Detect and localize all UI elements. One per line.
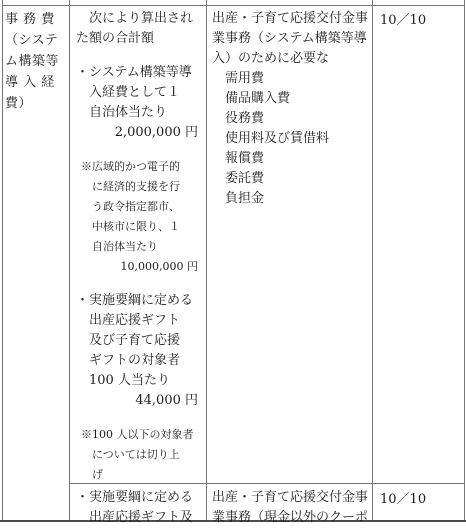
- text-line: ム構築等: [5, 51, 69, 72]
- cell-expense-item-name: 事 務 費（システム構築等導 入 経費）: [3, 6, 71, 525]
- text-line: 入）のために必要な: [212, 49, 367, 69]
- cell-calculation-method-row1: 次により算出された額の合計額・システム構築等導 入経費として１ 自治体当たり2,…: [70, 6, 206, 487]
- text-line: 10,000,000 円: [76, 257, 200, 277]
- text-line: 使用料及び賃借料: [212, 129, 367, 149]
- text-line: 出産・子育て応援交付金事: [212, 488, 367, 508]
- text-line: （システ: [5, 30, 69, 51]
- text-line: ※100 人以下の対象者: [81, 425, 200, 445]
- text-line: 及び子育て応援: [76, 331, 200, 351]
- text-line: 事 務 費: [5, 9, 69, 30]
- text-line: ・実施要綱に定める: [76, 291, 200, 311]
- text-line: 業事務（現金以外のクーポ: [212, 508, 367, 525]
- text-line: 入経費として１: [76, 83, 200, 103]
- cell-subsidy-rate-row1: 10／10: [373, 6, 466, 487]
- document-page: 事 務 費（システム構築等導 入 経費） 次により算出された額の合計額・システム…: [0, 0, 466, 529]
- text-line: げ: [81, 465, 200, 485]
- text-line: 備品購入費: [212, 89, 367, 109]
- text-line: ・システム構築等導: [76, 63, 200, 83]
- text-line: 報償費: [212, 149, 367, 169]
- subsidy-rate-value: 10／10: [380, 492, 426, 507]
- cell-eligible-expenses-row2: 出産・子育て応援交付金事業事務（現金以外のクーポ: [207, 485, 372, 525]
- cell-eligible-expenses-row1: 出産・子育て応援交付金事業事務（システム構築等導入）のために必要な 需用費 備品…: [207, 6, 372, 487]
- line-spacer: [76, 277, 200, 291]
- text-line: 出産応援ギフト及: [76, 508, 200, 525]
- text-line: 次により算出され: [76, 9, 200, 29]
- text-line: 44,000 円: [76, 391, 200, 411]
- line-spacer: [76, 411, 200, 425]
- text-line: 出産応援ギフト: [76, 311, 200, 331]
- text-line: 負担金: [212, 189, 367, 209]
- line-spacer: [76, 143, 200, 157]
- text-line: う政令指定都市、: [81, 197, 200, 217]
- cell-subsidy-rate-row2: 10／10: [373, 485, 466, 525]
- text-line: 自治体当たり: [81, 237, 200, 257]
- text-line: 出産・子育て応援交付金事: [212, 9, 367, 29]
- cell-calculation-method-row2: ・実施要綱に定める 出産応援ギフト及: [70, 485, 206, 525]
- subsidy-rate-value: 10／10: [380, 13, 426, 28]
- text-line: 中核市に限り、１: [81, 217, 200, 237]
- text-line: 需用費: [212, 69, 367, 89]
- text-line: ギフトの対象者: [76, 351, 200, 371]
- text-line: ※広域的かつ電子的: [81, 157, 200, 177]
- text-line: に経済的支援を行: [81, 177, 200, 197]
- text-line: 導 入 経: [5, 72, 69, 93]
- text-line: 100 人当たり: [76, 371, 200, 391]
- text-line: 費）: [5, 93, 69, 114]
- text-line: ・実施要綱に定める: [76, 488, 200, 508]
- text-line: 2,000,000 円: [76, 123, 200, 143]
- text-line: 業事務（システム構築等導: [212, 29, 367, 49]
- text-line: た額の合計額: [76, 29, 200, 49]
- text-line: 委託費: [212, 169, 367, 189]
- text-line: 役務費: [212, 109, 367, 129]
- text-line: については切り上: [81, 445, 200, 465]
- text-line: 自治体当たり: [76, 103, 200, 123]
- line-spacer: [76, 49, 200, 63]
